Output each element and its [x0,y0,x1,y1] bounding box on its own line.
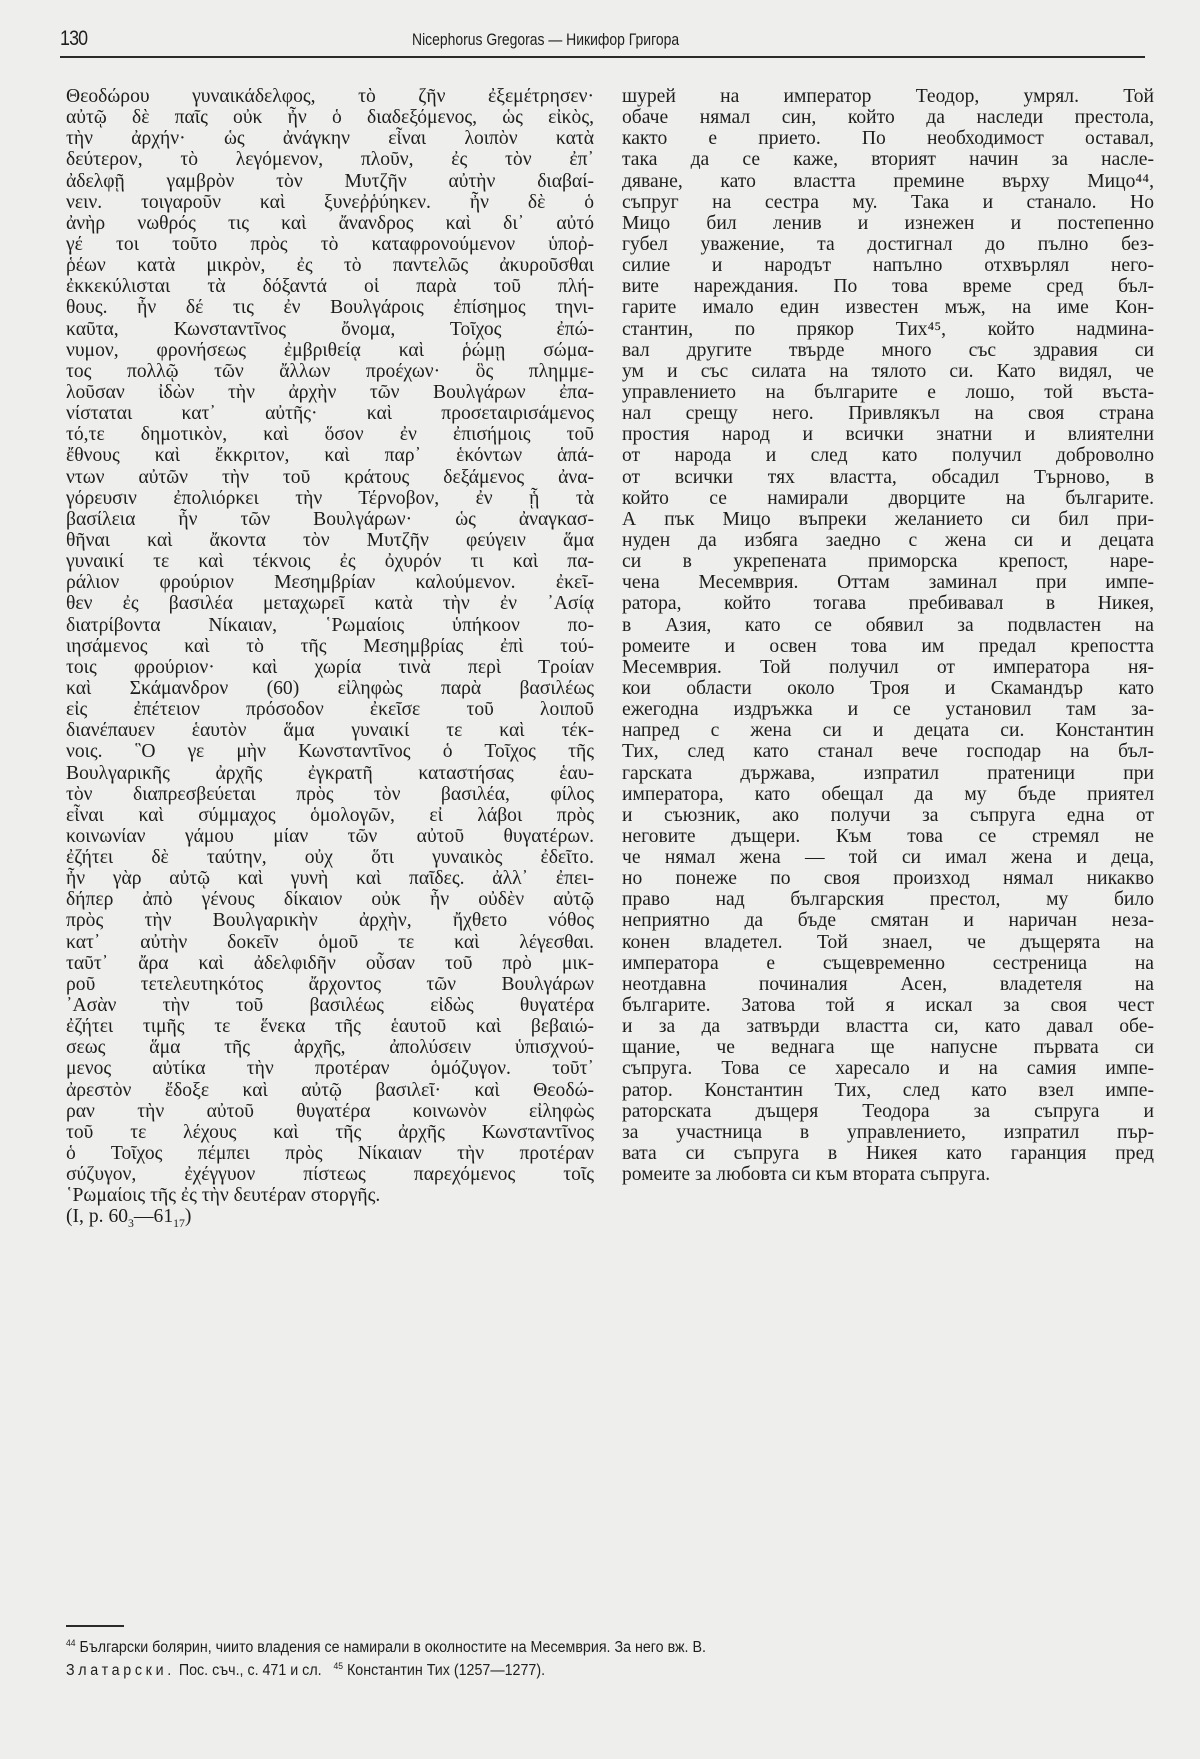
text-line: καὶ Σκάμανδρον (60) εἰληφὼς παρὰ βασιλέω… [66,678,594,699]
text-line: ράλιον φρούριον Μεσημβρίαν καλούμενον. ἐ… [66,572,594,593]
text-line: простия народ и всички знатни и влиятелн… [622,424,1154,445]
text-line: γόρευσιν ἐπολιόρκει τὴν Τέρνοβον, ἐν ᾗ τ… [66,488,594,509]
footnote-44-ref: Пос. съч., с. 471 и сл. [179,1662,322,1679]
text-line: както е прието. По необходимост оставал, [622,128,1154,149]
text-line: διανέπαυεν ἑαυτὸν ἅμα γυναικί τε καὶ τέκ… [66,720,594,741]
footnote-separator [66,1625,124,1627]
text-line: νίσταται κατ᾽ αὐτῆς· καὶ προσεταιρισάμεν… [66,403,594,424]
text-line: ῾Ρωμαίοις τῆς ἐς τὴν δευτέραν στοργῆς. [66,1185,594,1206]
text-line: ροῦ τετελευτηκότος ἄρχοντος τῶν Βουλγάρω… [66,974,594,995]
text-line: σύζυγον, ἐχέγγυον πίστεως παρεχόμενος το… [66,1164,594,1185]
text-line: императора, като обещал да му бъде прият… [622,784,1154,805]
greek-text-column: Θεοδώρου γυναικάδελφος, τὸ ζῆν ἐξεμέτρησ… [66,86,594,1228]
text-line: ἀδελφῇ γαμβρὸν τὸν Μυτζῆν αὐτὴν διαβαί- [66,171,594,192]
text-line: τό,τε δημοτικὸν, καὶ ὅσον ἐν ἐπισήμοις τ… [66,424,594,445]
text-line: вал другите твърде много със здравия си [622,340,1154,361]
text-line: обаче нямал син, който да наследи престо… [622,107,1154,128]
text-line: раторската дъщеря Теодора за съпруга и [622,1101,1154,1122]
text-line: управлението на българите е лошо, той въ… [622,382,1154,403]
text-line: ἦν γὰρ αὐτῷ καὶ γυνὴ καὶ παῖδες. ἀλλ᾽ ἐπ… [66,868,594,889]
text-line: κοινωνίαν γάμου μίαν τῶν αὐτοῦ θυγατέρων… [66,826,594,847]
text-line: ромеите и освен това им предал крепостта [622,636,1154,657]
text-line: νυμον, φρονήσεως ἐμβριθείᾳ καὶ ῥώμῃ σώμα… [66,340,594,361]
text-line: стантин, по прякор Тих⁴⁵, който надмина- [622,319,1154,340]
text-line: съпруг на сестра му. Така и станало. Но [622,192,1154,213]
text-line: ἐκκεκύλισται τὰ δόξαντά οἱ παρὰ τοῦ πλή- [66,276,594,297]
page-number: 130 [60,27,87,51]
text-line: гарската държава, изпратил пратеници при [622,763,1154,784]
text-line: γυναικί τε καὶ τέκνοις ἐς ὀχυρόν τι καὶ … [66,551,594,572]
text-line: гарите имало един известен мъж, на име К… [622,297,1154,318]
text-line: ежегодна издръжка и се установил там за- [622,699,1154,720]
text-line: конен владетел. Той знаел, че дъщерята н… [622,932,1154,953]
footnote-44-text: Български болярин, чиито владения се нам… [79,1639,705,1656]
text-line: ἀνὴρ νωθρός τις καὶ ἄνανδρος καὶ δι᾽ αὐτ… [66,213,594,234]
footnote-45-marker: 45 [333,1661,343,1671]
text-line: който се намирали дворците на българите. [622,488,1154,509]
citation-suffix: ) [185,1206,192,1227]
text-line: Тих, след като станал вече господар на б… [622,741,1154,762]
text-line: българите. Затова той я искал за своя че… [622,995,1154,1016]
text-line: че нямал жена — той си имал жена и деца, [622,847,1154,868]
footnotes: 44 Български болярин, чиито владения се … [66,1636,1069,1682]
text-line: в Азия, като се обявил за подвластен на [622,615,1154,636]
text-line: ὁ Τοῖχος πέμπει πρὸς Νίκαιαν τὴν προτέρα… [66,1143,594,1164]
text-line: πρὸς τὴν Βουλγαρικὴν ἀρχὴν, ἤχθετο νόθος [66,910,594,931]
text-line: τοῦ τε λέχους καὶ τῆς ἀρχῆς Κωνσταντῖνος [66,1122,594,1143]
text-line: нуден да избяга заедно с жена си и децат… [622,530,1154,551]
text-line: кои области около Троя и Скамандър като [622,678,1154,699]
text-line: κατ᾽ αὐτὴν δοκεῖν ὁμοῦ τε καὶ λέγεσθαι. [66,932,594,953]
text-line: ιησάμενος καὶ τὸ τῆς Μεσημβρίας ἐπὶ τού- [66,636,594,657]
text-line: и за да затвърди властта си, като давал … [622,1016,1154,1037]
text-line: ἐζήτει τιμῆς τε ἕνεκα τῆς ἑαυτοῦ καὶ βεβ… [66,1016,594,1037]
text-line: съпруга. Това се харесало и на самия имп… [622,1058,1154,1079]
text-line: Θεοδώρου γυναικάδελφος, τὸ ζῆν ἐξεμέτρησ… [66,86,594,107]
text-line: губел уважение, та достигнал до пълно бе… [622,234,1154,255]
text-line: чена Месемврия. Оттам заминал при импе- [622,572,1154,593]
text-line: ратора, който тогава пребивавал в Никея, [622,593,1154,614]
footnote-44-line-2: Златарски. Пос. съч., с. 471 и сл. 45 Ко… [66,1659,1069,1682]
text-line: νοις. ῝Ο γε μὴν Κωνσταντῖνος ὁ Τοῖχος τῆ… [66,741,594,762]
text-line: θους. ἦν δέ τις ἐν Βουλγάροις ἐπίσημος τ… [66,297,594,318]
text-line: ραν τὴν αὐτοῦ θυγατέρα κοινωνὸν εἰληφὼς [66,1101,594,1122]
text-line: напред с жена си и децата си. Константин [622,720,1154,741]
text-line: τὸν διαπρεσβεύεται πρὸς τὸν βασιλέα, φίλ… [66,784,594,805]
text-line: си в укрепената приморска крепост, наре- [622,551,1154,572]
text-line: нал срещу него. Привлякъл на своя страна [622,403,1154,424]
text-line: ῥέων κατὰ μικρὸν, ἐς τὸ παντελῶς ἀκυροῦσ… [66,255,594,276]
text-line: λοῦσαν ἰδὼν τὴν ἀρχὴν τῶν Βουλγάρων ἐπα- [66,382,594,403]
text-line: неговите дъщери. Към това се стремял не [622,826,1154,847]
text-line: ντων αὐτῶν τὴν τοῦ κράτους δεξάμενος ἀνα… [66,467,594,488]
text-line: θῆναι καὶ ἄκοντα τὸν Μυτζῆν φεύγειν ἅμα [66,530,594,551]
text-line: императора е същевременно сестреница на [622,953,1154,974]
text-line: вата си съпруга в Никея като гаранция пр… [622,1143,1154,1164]
running-header: 130 Nicephorus Gregoras — Никифор Григор… [60,26,1145,58]
text-line: ум и със силата на тялото си. Като видял… [622,361,1154,382]
footnote-44-line-1: 44 Български болярин, чиито владения се … [66,1636,1069,1659]
text-line: неприятно да бъде смятан и наричан неза- [622,910,1154,931]
running-title: Nicephorus Gregoras — Никифор Григора [412,30,679,50]
text-line: γέ τοι τοῦτο πρὸς τὸ καταφρονούμενον ὑπο… [66,234,594,255]
footnote-44-author: Златарски. [66,1662,175,1679]
text-line: вите нареждания. По това време сред бъл- [622,276,1154,297]
text-line: ᾿Ασὰν τὴν τοῦ βασιλέως εἰδὼς θυγατέρα [66,995,594,1016]
text-line: τὴν ἀρχήν· ὡς ἀνάγκην εἶναι λοιπὸν κατὰ [66,128,594,149]
text-line: καῦτα, Κωνσταντῖνος ὄνομα, Τοῖχος ἐπώ- [66,319,594,340]
text-line: право над българския престол, му било [622,889,1154,910]
text-line: τοις φρούριον· καὶ χωρία τινὰ περὶ Τροία… [66,657,594,678]
text-line: ἔθνους καὶ ἔκκριτον, καὶ παρ᾽ ἑκόντων ἁπ… [66,445,594,466]
text-line: ταῦτ᾽ ἄρα καὶ ἀδελφιδῆν οὖσαν τοῦ πρὸ μι… [66,953,594,974]
text-line: ἐζήτει δὲ ταύτην, οὐχ ὅτι γυναικὸς ἐδεῖτ… [66,847,594,868]
text-line: така да се каже, вторият начин за насле- [622,149,1154,170]
text-line: от народа и след като получил доброволно [622,445,1154,466]
text-line: βασίλεια ἦν τῶν Βουλγάρων· ὡς ἀναγκασ- [66,509,594,530]
citation-subscript-end: 17 [173,1217,185,1230]
text-line: и съюзник, ако получи за съпруга една от [622,805,1154,826]
source-citation: (I, p. 603—6117) [66,1206,594,1227]
bulgarian-translation-column: шурей на император Теодор, умрял. Тойоба… [622,86,1154,1185]
text-line: но понеже по своя произход нямал никакво [622,868,1154,889]
text-line: μενος αὐτίκα τὴν προτέραν ὁμόζυγον. τοῦτ… [66,1058,594,1079]
text-line: шурей на император Теодор, умрял. Той [622,86,1154,107]
text-line: щание, че веднага ще напусне първата си [622,1037,1154,1058]
text-line: ромеите за любовта си към втората съпруг… [622,1164,1154,1185]
text-line: νειν. τοιγαροῦν καὶ ξυνεῤῥύηκεν. ἦν δὲ ὁ [66,192,594,213]
text-line: Βουλγαρικῆς ἀρχῆς ἐγκρατῆ καταστήσας ἑαυ… [66,763,594,784]
text-line: ἀρεστὸν ἔδοξε καὶ αὐτῷ βασιλεῖ· καὶ Θεοδ… [66,1080,594,1101]
text-line: εἶναι καὶ σύμμαχος ὁμολογῶν, εἰ λάβοι πρ… [66,805,594,826]
footnote-45-text: Константин Тих (1257—1277). [347,1662,545,1679]
text-line: τος πολλῷ τῶν ἄλλων προέχων· ὃς πλημμε- [66,361,594,382]
text-line: θεν ἐς βασιλέα μεταχωρεῖ κατὰ τὴν ἐν ᾿Ασ… [66,593,594,614]
footnote-44-marker: 44 [66,1638,76,1648]
text-line: ратор. Константин Тих, след като взел им… [622,1080,1154,1101]
text-line: Месемврия. Той получил от императора ня- [622,657,1154,678]
text-line: αὐτῷ δὲ παῖς οὐκ ἦν ὁ διαδεξόμενος, ὡς ε… [66,107,594,128]
text-line: δεύτερον, τὸ λεγόμενον, πλοῦν, ἐς τὸν ἐπ… [66,149,594,170]
text-line: διατρίβοντα Νίκαιαν, ῾Ρωμαίοις ὑπήκοον π… [66,615,594,636]
text-line: δήπερ ἀπὸ γένους δίκαιον οὐκ ἦν οὐδὲν αὐ… [66,889,594,910]
text-line: σεως ἅμα τῆς ἀρχῆς, ἀπολύσειν ὑπισχνού- [66,1037,594,1058]
text-line: Мицо бил ленив и изнежен и постепенно [622,213,1154,234]
text-line: от всички тях властта, обсадил Търново, … [622,467,1154,488]
text-line: εἰς ἐπέτειον πρόσοδον ἐκεῖσε τοῦ λοιποῦ [66,699,594,720]
text-line: неотдавна починалия Асен, владетеля на [622,974,1154,995]
book-page: 130 Nicephorus Gregoras — Никифор Григор… [0,0,1200,1759]
citation-prefix: (I, p. 60 [66,1206,128,1227]
text-line: за участница в управлението, изпратил пъ… [622,1122,1154,1143]
text-line: силие и народът напълно отхвърлял него- [622,255,1154,276]
text-line: дяване, като властта премине върху Мицо⁴… [622,171,1154,192]
citation-middle: —61 [134,1206,173,1227]
text-line: А пък Мицо въпреки желанието си бил при- [622,509,1154,530]
